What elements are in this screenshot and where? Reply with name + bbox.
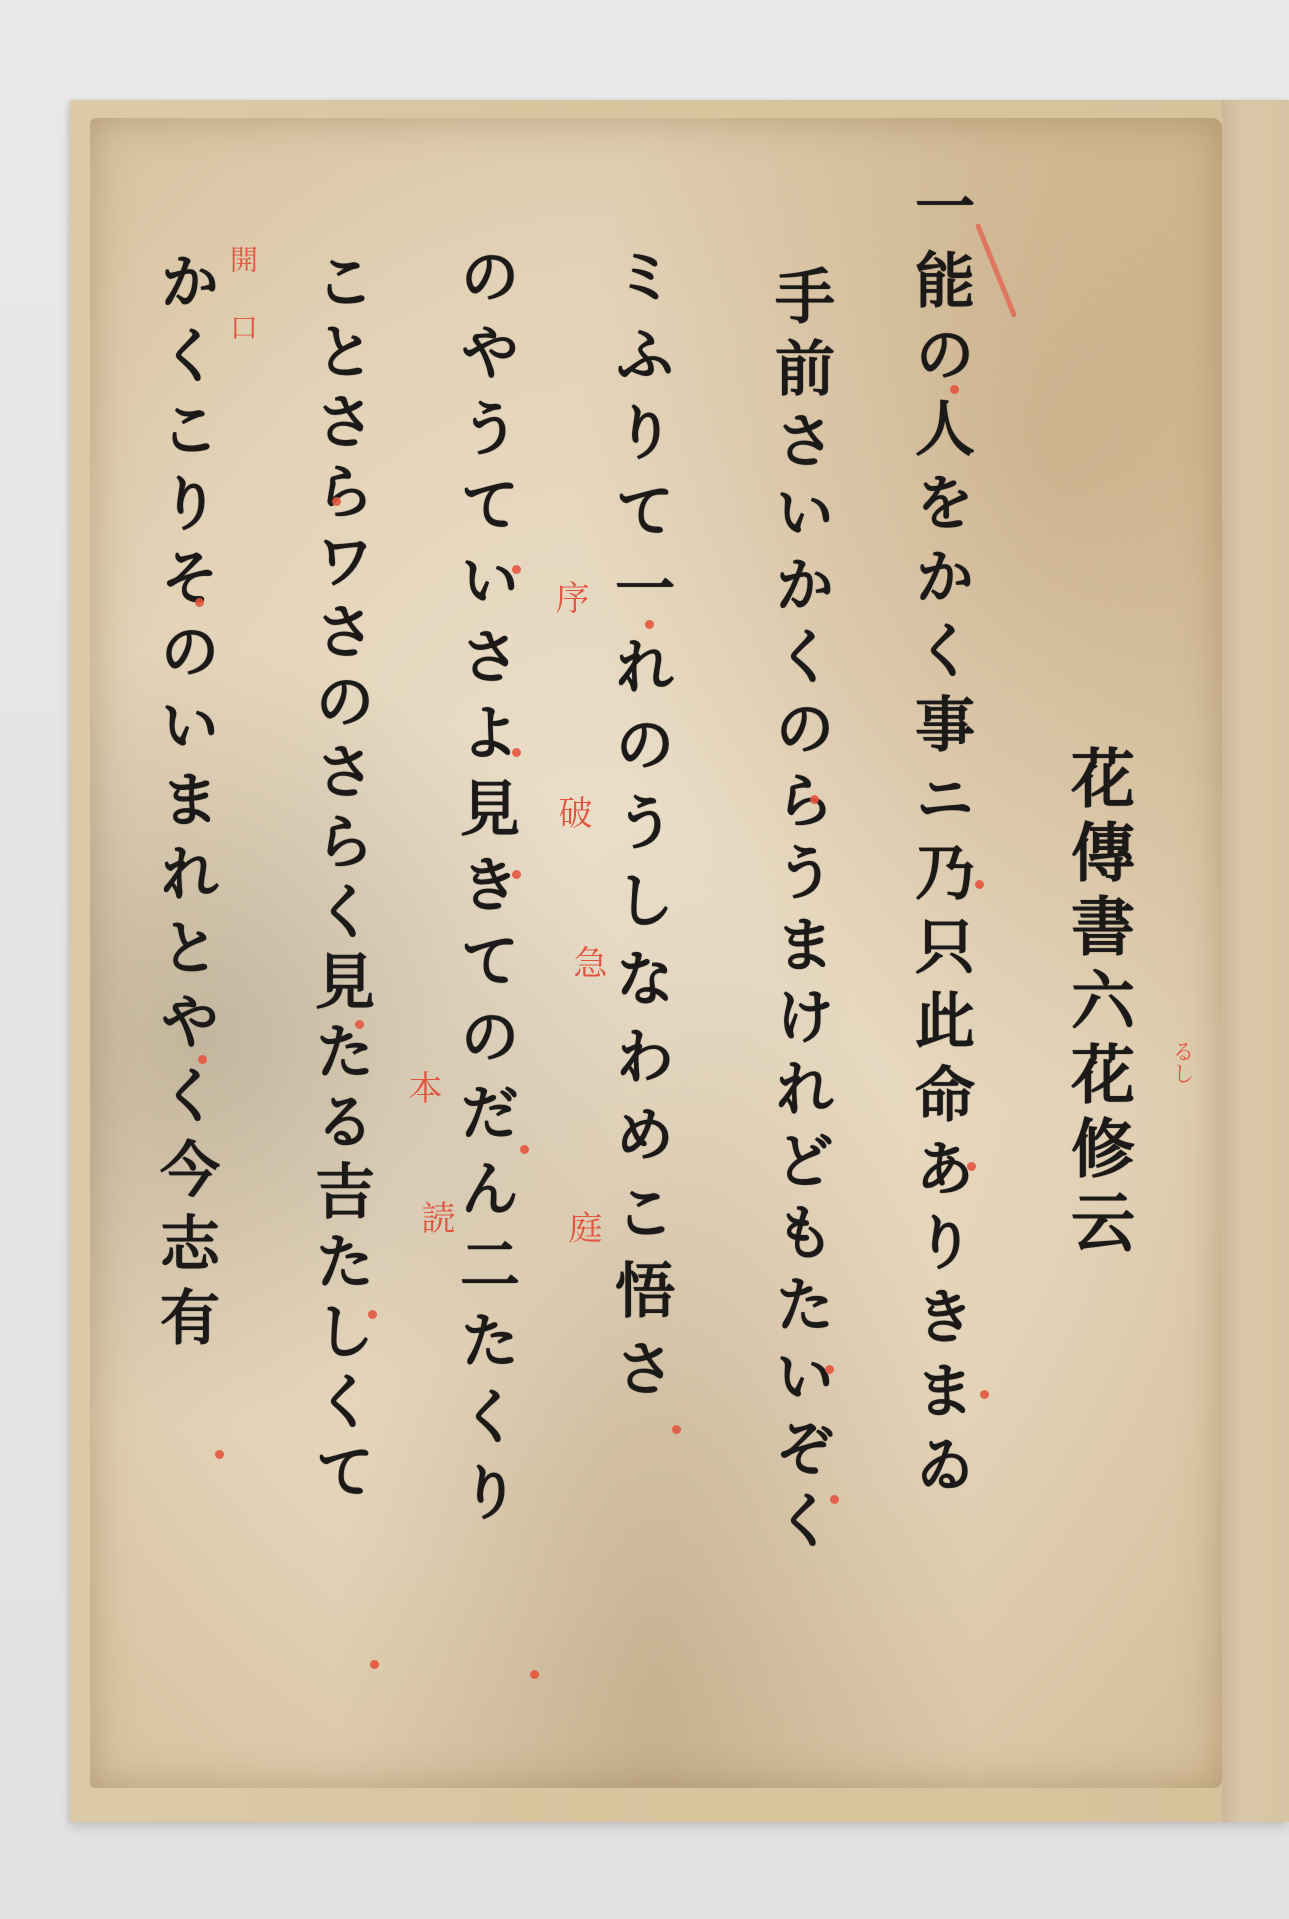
- red-dot: [950, 385, 959, 394]
- mount-edge: [1222, 100, 1289, 1822]
- text-column-1: 一能の人をかく事ニ乃只此命ありきまゐ: [910, 175, 970, 1507]
- text-column-5: ことさらワさのさらく見たる吉たしくて: [310, 250, 370, 1510]
- red-dot: [198, 1055, 207, 1064]
- red-dot: [355, 1020, 364, 1029]
- red-dot: [215, 1450, 224, 1459]
- red-dot: [810, 795, 819, 804]
- red-dot: [332, 497, 341, 506]
- red-dot: [980, 1390, 989, 1399]
- text-column-4: のやうていさよ見きてのだん二たくり: [455, 245, 515, 1537]
- red-dot: [967, 1162, 976, 1171]
- annotation-doku: 読: [418, 1200, 452, 1234]
- annotation-hon: 本: [405, 1070, 439, 1104]
- annotation-ha: 破: [555, 795, 589, 829]
- annotation-jo: 序: [552, 580, 586, 614]
- red-dot: [512, 565, 521, 574]
- annotation-tei: 庭: [565, 1210, 599, 1244]
- red-dot: [512, 748, 521, 757]
- text-column-3: ミふりて一れのうしなわめこ悟さ: [610, 245, 670, 1415]
- red-dot: [825, 1365, 834, 1374]
- red-dot: [368, 1310, 377, 1319]
- annotation-kyu: 急: [570, 945, 604, 979]
- red-dot: [520, 1145, 529, 1154]
- title-furigana: るし: [1170, 1040, 1192, 1084]
- red-dot: [370, 1660, 379, 1669]
- text-column-2: 手前さいかくのらうまけれどもたいぞく: [770, 265, 830, 1561]
- red-dot: [975, 880, 984, 889]
- title-column: 花傳書六花修云: [1065, 745, 1129, 1263]
- red-dot: [512, 870, 521, 879]
- text-column-6: かくこりそのいまれとやく今志有: [155, 250, 215, 1360]
- red-dot: [645, 620, 654, 629]
- red-dot: [530, 1670, 539, 1679]
- red-dot: [195, 598, 204, 607]
- annotation-kaiko: 開口: [228, 245, 256, 381]
- red-dot: [672, 1425, 681, 1434]
- red-dot: [830, 1495, 839, 1504]
